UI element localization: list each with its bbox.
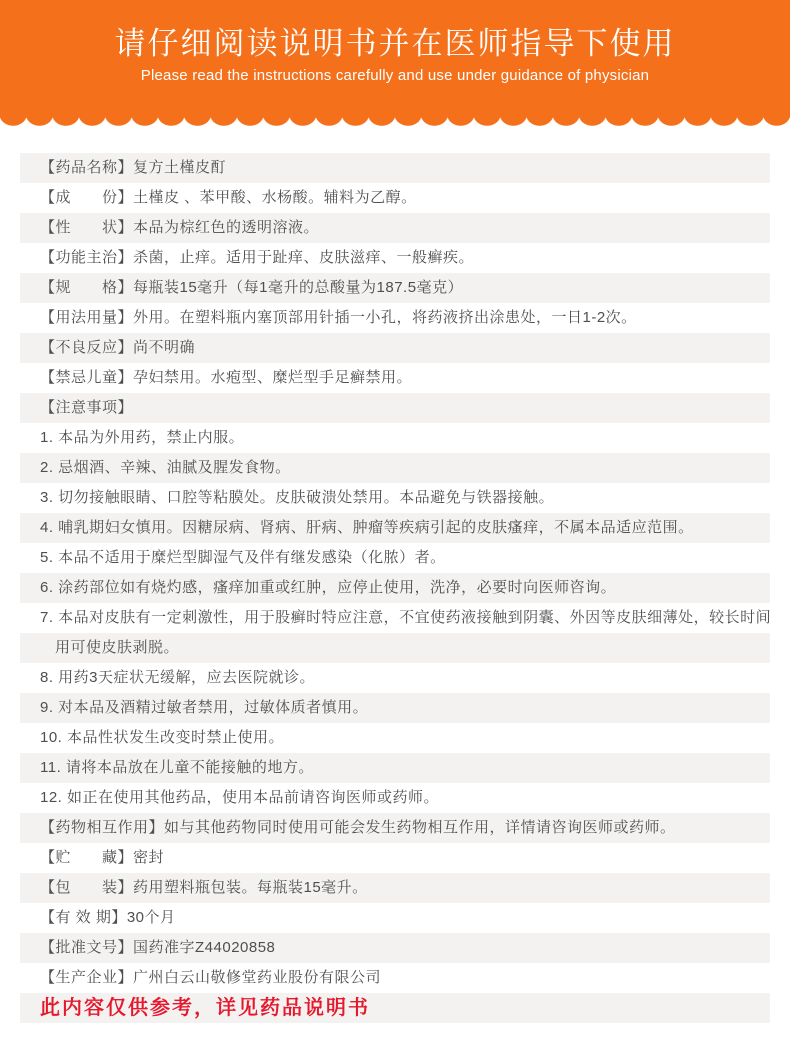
drug-info-row: 6. 涂药部位如有烧灼感，瘙痒加重或红肿，应停止使用，洗净，必要时向医师咨询。 bbox=[20, 573, 770, 603]
scallop-edge bbox=[0, 114, 790, 127]
drug-info-row: 9. 对本品及酒精过敏者禁用，过敏体质者慎用。 bbox=[20, 693, 770, 723]
drug-info-row: 4. 哺乳期妇女慎用。因糖尿病、肾病、肝病、肿瘤等疾病引起的皮肤瘙痒，不属本品适… bbox=[20, 513, 770, 543]
drug-info-row: 1. 本品为外用药，禁止内服。 bbox=[20, 423, 770, 453]
drug-info-row: 【规 格】每瓶装15毫升（每1毫升的总酸量为187.5毫克） bbox=[20, 273, 770, 303]
drug-info-row: 【有 效 期】30个月 bbox=[20, 903, 770, 933]
disclaimer-note: 此内容仅供参考，详见药品说明书 bbox=[20, 993, 770, 1023]
drug-info-row: 12. 如正在使用其他药品，使用本品前请咨询医师或药师。 bbox=[20, 783, 770, 813]
drug-info-row: 【包 装】药用塑料瓶包装。每瓶装15毫升。 bbox=[20, 873, 770, 903]
drug-info-row: 3. 切勿接触眼睛、口腔等粘膜处。皮肤破溃处禁用。本品避免与铁器接触。 bbox=[20, 483, 770, 513]
drug-info-row: 【功能主治】杀菌，止痒。适用于趾痒、皮肤滋痒、一般癣疾。 bbox=[20, 243, 770, 273]
drug-info-row: 【注意事项】 bbox=[20, 393, 770, 423]
drug-info-row: 【药品名称】复方土槿皮酊 bbox=[20, 153, 770, 183]
banner-subtitle-en: Please read the instructions carefully a… bbox=[0, 66, 790, 86]
drug-info-row: 7. 本品对皮肤有一定刺激性，用于股癣时特应注意，不宜使药液接触到阴囊、外因等皮… bbox=[20, 603, 770, 633]
drug-info-row: 【贮 藏】密封 bbox=[20, 843, 770, 873]
drug-info-row: 【成 份】土槿皮 、苯甲酸、水杨酸。辅料为乙醇。 bbox=[20, 183, 770, 213]
drug-info-row: 用可使皮肤剥脱。 bbox=[20, 633, 770, 663]
drug-info-row: 10. 本品性状发生改变时禁止使用。 bbox=[20, 723, 770, 753]
instruction-banner: 请仔细阅读说明书并在医师指导下使用 Please read the instru… bbox=[0, 0, 790, 114]
drug-info-row: 【药物相互作用】如与其他药物同时使用可能会发生药物相互作用，详情请咨询医师或药师… bbox=[20, 813, 770, 843]
drug-info-row: 【用法用量】外用。在塑料瓶内塞顶部用针插一小孔，将药液挤出涂患处，一日1-2次。 bbox=[20, 303, 770, 333]
drug-info-row: 5. 本品不适用于糜烂型脚湿气及伴有继发感染（化脓）者。 bbox=[20, 543, 770, 573]
drug-info-row: 8. 用药3天症状无缓解，应去医院就诊。 bbox=[20, 663, 770, 693]
drug-info-row: 【性 状】本品为棕红色的透明溶液。 bbox=[20, 213, 770, 243]
drug-info-row: 【生产企业】广州白云山敬修堂药业股份有限公司 bbox=[20, 963, 770, 993]
drug-info-list: 【药品名称】复方土槿皮酊【成 份】土槿皮 、苯甲酸、水杨酸。辅料为乙醇。【性 状… bbox=[20, 153, 770, 1023]
drug-info-row: 2. 忌烟酒、辛辣、油腻及腥发食物。 bbox=[20, 453, 770, 483]
drug-info-row: 【不良反应】尚不明确 bbox=[20, 333, 770, 363]
drug-info-row: 【批准文号】国药准字Z44020858 bbox=[20, 933, 770, 963]
banner-title: 请仔细阅读说明书并在医师指导下使用 bbox=[0, 25, 790, 63]
drug-info-row: 【禁忌儿童】孕妇禁用。水疱型、糜烂型手足癣禁用。 bbox=[20, 363, 770, 393]
drug-info-row: 11. 请将本品放在儿童不能接触的地方。 bbox=[20, 753, 770, 783]
